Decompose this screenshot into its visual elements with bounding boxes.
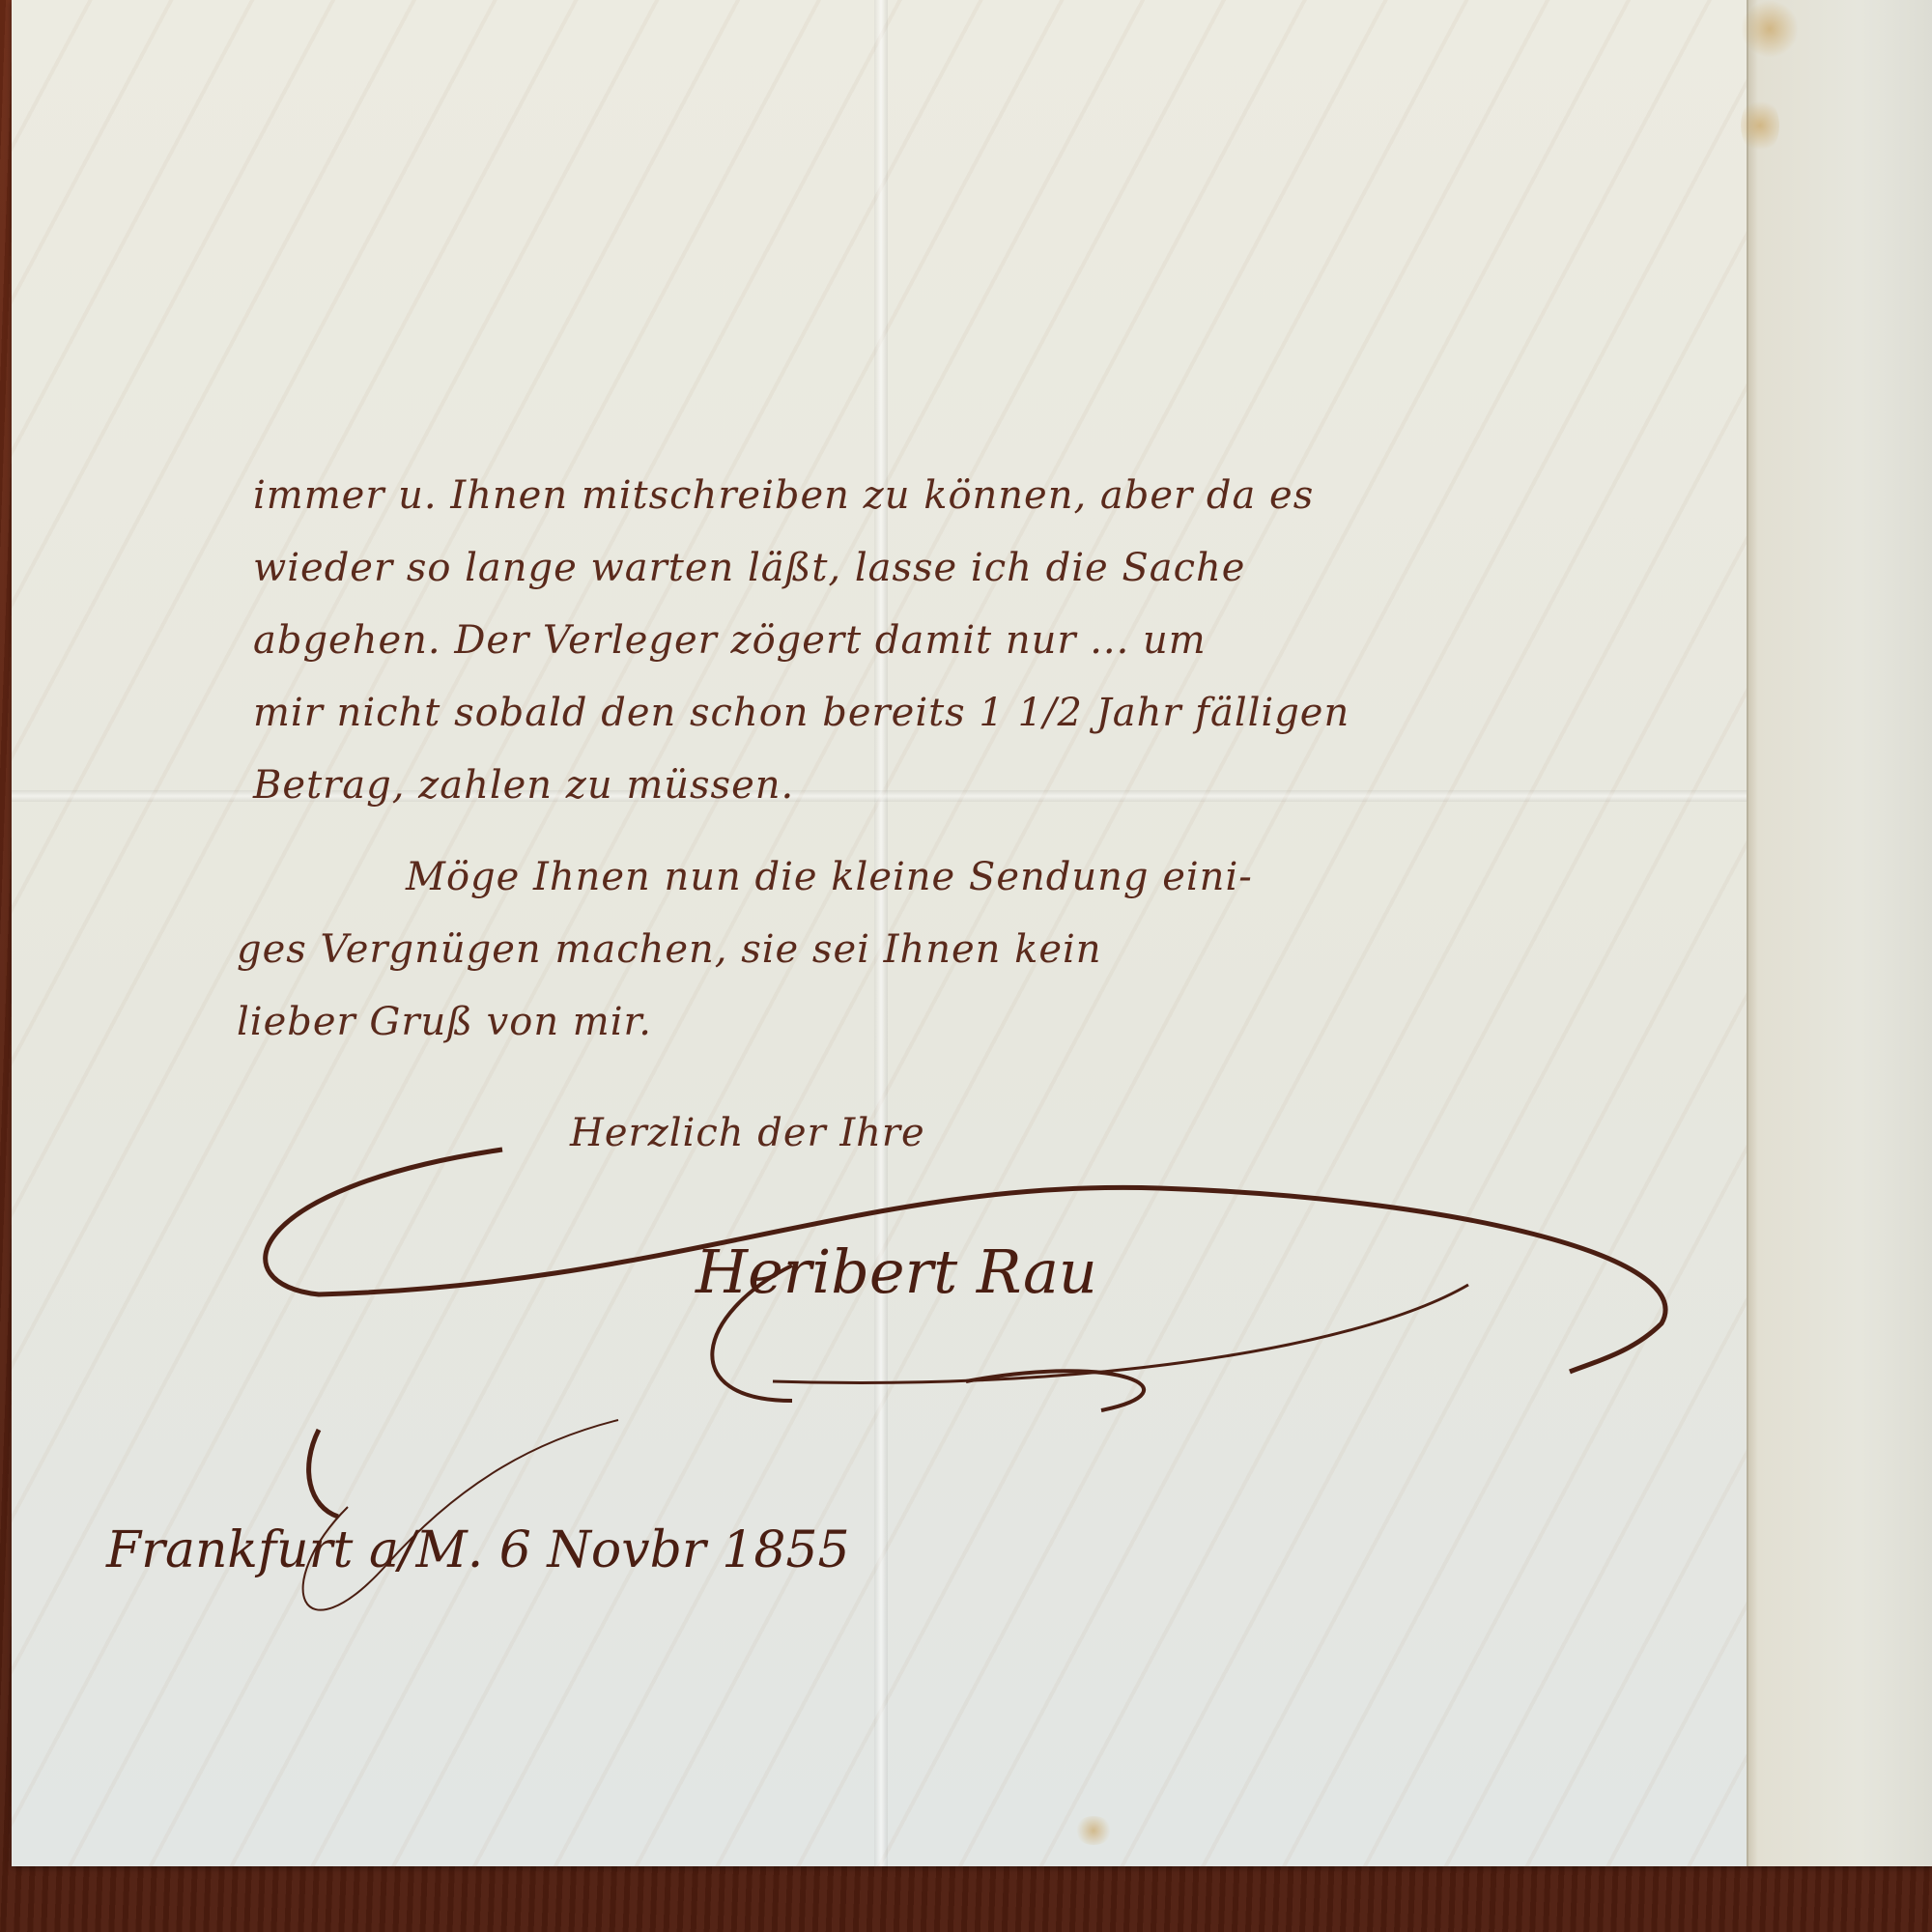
letter-text: immer u. Ihnen mitschreiben zu können, a… bbox=[0, 0, 1932, 1932]
dateline: Frankfurt a/M. 6 Novbr 1855 bbox=[106, 1521, 850, 1579]
signature-flourish bbox=[0, 0, 1932, 1932]
